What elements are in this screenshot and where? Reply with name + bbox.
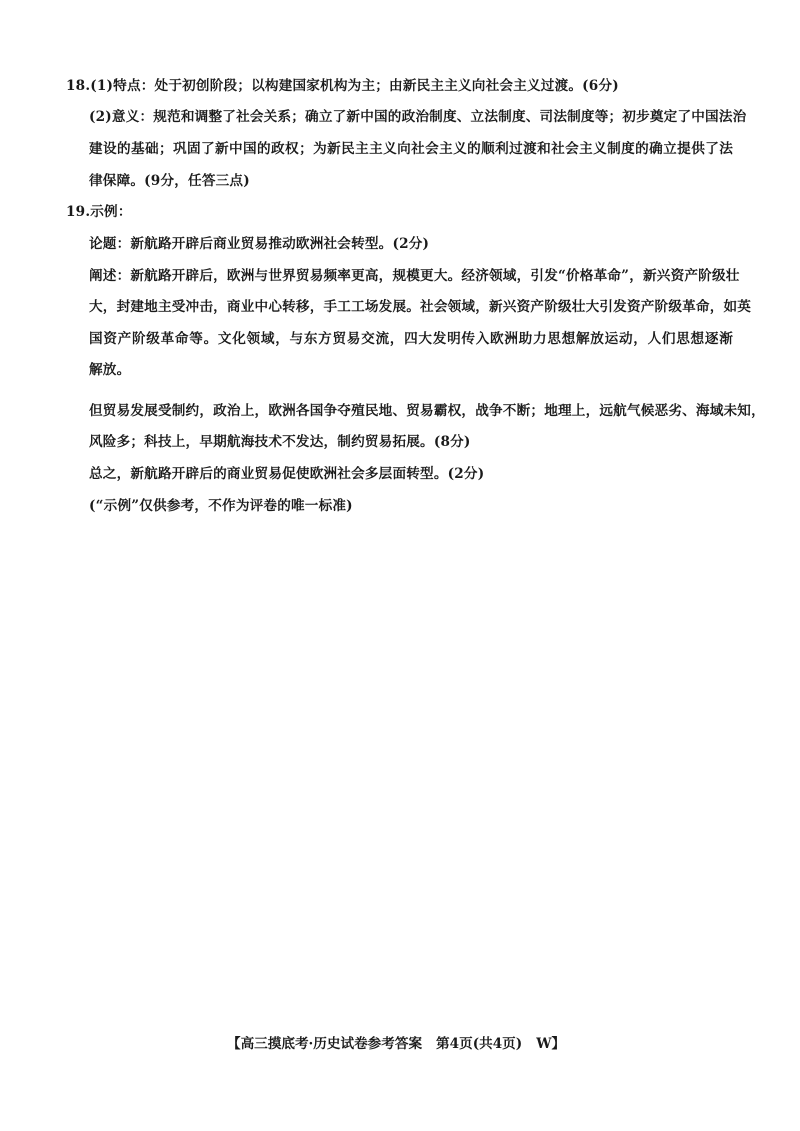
q18-part2-line3: 律保障。(9分，任答三点) [89, 172, 733, 190]
q19-limitation-line1: 但贸易发展受制约，政治上，欧洲各国争夺殖民地、贸易霸权，战争不断；地理上，远航气… [89, 402, 733, 420]
answer-key-page: 18.(1)特点：处于初创阶段；以构建国家机构为主；由新民主主义向社会主义过渡。… [0, 0, 800, 1131]
page-footer: 【高三摸底考·历史试卷参考答案第4页(共4页)W】 [227, 1035, 587, 1053]
q19-elaboration-line1: 阐述：新航路开辟后，欧洲与世界贸易频率更高，规模更大。经济领域，引发“价格革命”… [89, 267, 733, 285]
q18-part1: 18.(1)特点：处于初创阶段；以构建国家机构为主；由新民主主义向社会主义过渡。… [66, 77, 733, 95]
q19-note: (“示例”仅供参考，不作为评卷的唯一标准) [89, 497, 733, 515]
q19-thesis: 论题：新航路开辟后商业贸易推动欧洲社会转型。(2分) [89, 235, 733, 253]
q18-part2-line1: (2)意义：规范和调整了社会关系；确立了新中国的政治制度、立法制度、司法制度等；… [89, 108, 733, 126]
footer-page-number: 第4页(共4页) [436, 1035, 522, 1053]
q19-limitation-line2: 风险多；科技上，早期航海技术不发达，制约贸易拓展。(8分) [89, 433, 733, 451]
q18-part2-line2: 建设的基础；巩固了新中国的政权；为新民主主义向社会主义的顺利过渡和社会主义制度的… [89, 140, 733, 158]
q19-elaboration-line2: 大，封建地主受冲击，商业中心转移，手工工场发展。社会领域，新兴资产阶级壮大引发资… [89, 298, 733, 316]
footer-title: 【高三摸底考·历史试卷参考答案 [227, 1035, 422, 1053]
q19-elaboration-line3: 国资产阶级革命等。文化领域，与东方贸易交流，四大发明传入欧洲助力思想解放运动，人… [89, 330, 733, 348]
q19-conclusion: 总之，新航路开辟后的商业贸易促使欧洲社会多层面转型。(2分) [89, 465, 733, 483]
q19-elaboration-line4: 解放。 [89, 361, 733, 379]
footer-code: W】 [536, 1035, 565, 1053]
q19-heading: 19.示例： [66, 203, 733, 221]
